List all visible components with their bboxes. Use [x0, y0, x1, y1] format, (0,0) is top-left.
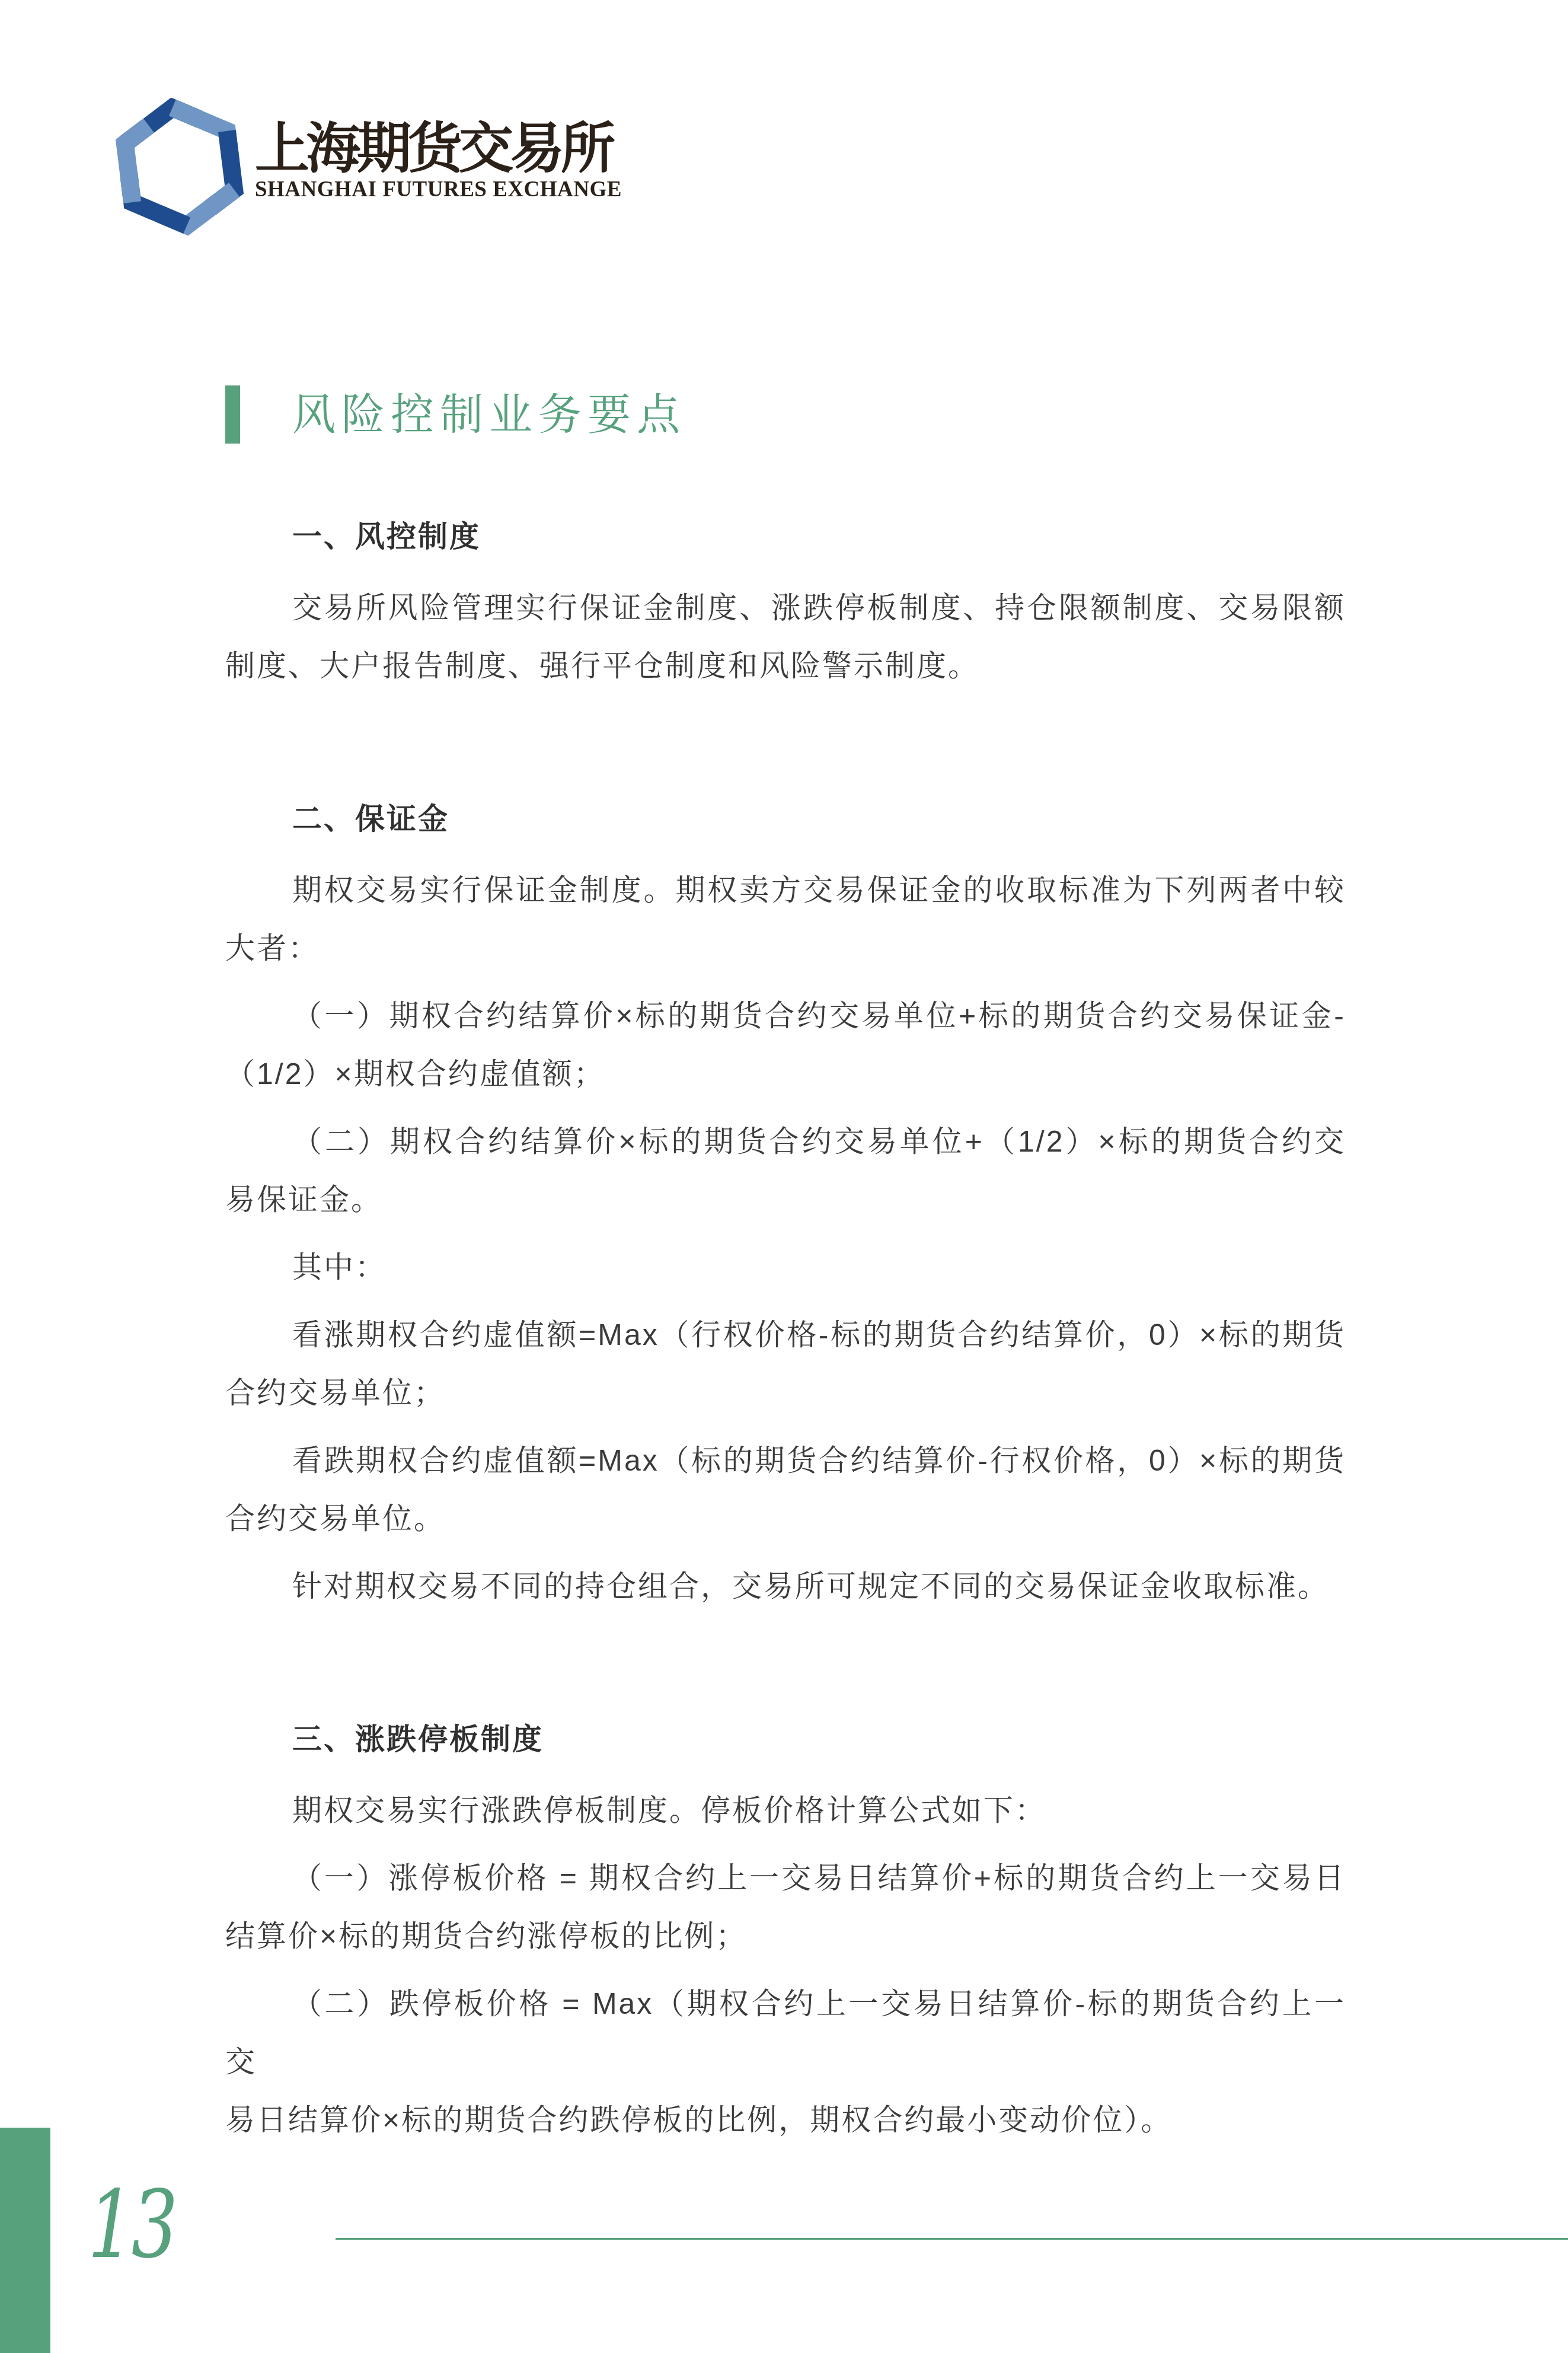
text-line: （1/2）×期权合约虚值额； [225, 1045, 1346, 1103]
page-number: 13 [88, 2177, 175, 2272]
paragraph: 看跌期权合约虚值额=Max（标的期货合约结算价-行权价格，0）×标的期货合约交易… [225, 1431, 1346, 1548]
paragraph: 其中： [225, 1238, 1346, 1296]
text-line: 期权交易实行涨跌停板制度。停板价格计算公式如下： [225, 1781, 1346, 1839]
text-line: 制度、大户报告制度、强行平仓制度和风险警示制度。 [225, 637, 1346, 695]
document-body: 一、风控制度交易所风险管理实行保证金制度、涨跌停板制度、持仓限额制度、交易限额制… [225, 0, 1346, 2149]
section: 一、风控制度交易所风险管理实行保证金制度、涨跌停板制度、持仓限额制度、交易限额制… [225, 508, 1346, 695]
paragraph: （二）期权合约结算价×标的期货合约交易单位+（1/2）×标的期货合约交易保证金。 [225, 1112, 1346, 1229]
paragraph: 看涨期权合约虚值额=Max（行权价格-标的期货合约结算价，0）×标的期货合约交易… [225, 1306, 1346, 1422]
text-line: （一）期权合约结算价×标的期货合约交易单位+标的期货合约交易保证金- [225, 987, 1346, 1045]
text-line: 看涨期权合约虚值额=Max（行权价格-标的期货合约结算价，0）×标的期货 [225, 1306, 1346, 1364]
section-heading: 三、涨跌停板制度 [225, 1710, 1346, 1768]
paragraph: 交易所风险管理实行保证金制度、涨跌停板制度、持仓限额制度、交易限额制度、大户报告… [225, 579, 1346, 695]
footer-rule [336, 2238, 1568, 2240]
text-line: 结算价×标的期货合约涨停板的比例； [225, 1907, 1346, 1965]
text-line: （二）期权合约结算价×标的期货合约交易单位+（1/2）×标的期货合约交 [225, 1112, 1346, 1171]
paragraph: （一）涨停板价格 = 期权合约上一交易日结算价+标的期货合约上一交易日结算价×标… [225, 1849, 1346, 1965]
paragraph: 期权交易实行涨跌停板制度。停板价格计算公式如下： [225, 1781, 1346, 1839]
section: 二、保证金期权交易实行保证金制度。期权卖方交易保证金的收取标准为下列两者中较大者… [225, 790, 1346, 1615]
section: 三、涨跌停板制度期权交易实行涨跌停板制度。停板价格计算公式如下：（一）涨停板价格… [225, 1710, 1346, 2149]
paragraph: 针对期权交易不同的持仓组合，交易所可规定不同的交易保证金收取标准。 [225, 1557, 1346, 1615]
text-line: 大者： [225, 919, 1346, 977]
text-line: 期权交易实行保证金制度。期权卖方交易保证金的收取标准为下列两者中较 [225, 861, 1346, 919]
text-line: 合约交易单位。 [225, 1490, 1346, 1548]
paragraph: （一）期权合约结算价×标的期货合约交易单位+标的期货合约交易保证金-（1/2）×… [225, 987, 1346, 1103]
text-line: 易保证金。 [225, 1171, 1346, 1229]
interlocked-hexagon-icon [104, 98, 246, 240]
text-line: 针对期权交易不同的持仓组合，交易所可规定不同的交易保证金收取标准。 [225, 1557, 1346, 1615]
text-line: 交易所风险管理实行保证金制度、涨跌停板制度、持仓限额制度、交易限额 [225, 579, 1346, 637]
text-line: 易日结算价×标的期货合约跌停板的比例，期权合约最小变动价位）。 [225, 2091, 1346, 2149]
paragraph: 期权交易实行保证金制度。期权卖方交易保证金的收取标准为下列两者中较大者： [225, 861, 1346, 977]
footer-green-block [0, 2128, 50, 2353]
section-heading: 二、保证金 [225, 790, 1346, 848]
text-line: 合约交易单位； [225, 1364, 1346, 1422]
text-line: （一）涨停板价格 = 期权合约上一交易日结算价+标的期货合约上一交易日 [225, 1849, 1346, 1907]
text-line: 其中： [225, 1238, 1346, 1296]
document-page: 上海期货交易所 SHANGHAI FUTURES EXCHANGE 风险控制业务… [0, 0, 1568, 2353]
section-heading: 一、风控制度 [225, 508, 1346, 566]
text-line: （二）跌停板价格 = Max（期权合约上一交易日结算价-标的期货合约上一交 [225, 1975, 1346, 2091]
text-line: 看跌期权合约虚值额=Max（标的期货合约结算价-行权价格，0）×标的期货 [225, 1431, 1346, 1490]
paragraph: （二）跌停板价格 = Max（期权合约上一交易日结算价-标的期货合约上一交易日结… [225, 1975, 1346, 2149]
